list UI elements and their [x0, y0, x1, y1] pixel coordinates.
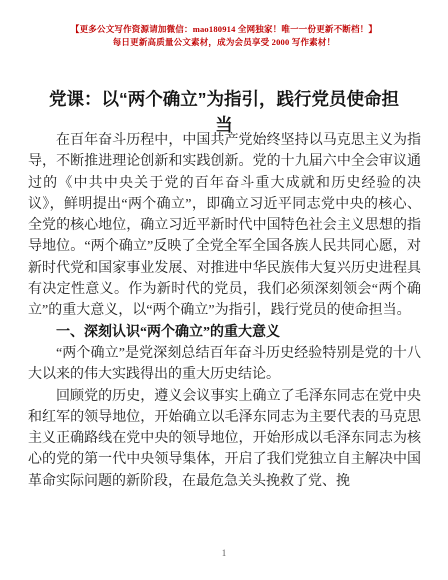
promo-banner: 【更多公文写作资源请加微信：mao180914 全网独家！唯一一份更新不断档！】…: [0, 23, 448, 48]
section-heading-1: 一、深刻认识“两个确立”的重大意义: [28, 322, 421, 343]
paragraph-conclusion-statement: “两个确立”是党深刻总结百年奋斗历史经验特别是党的十八大以来的伟大实践得出的重大…: [28, 343, 421, 386]
document-page: 【更多公文写作资源请加微信：mao180914 全网独家！唯一一份更新不断档！】…: [0, 0, 448, 580]
promo-line-2: 每日更新高质量公文素材，成为会员享受 2000 写作素材！: [0, 36, 448, 49]
paragraph-intro: 在百年奋斗历程中，中国共产党始终坚持以马克思主义为指导，不断推进理论创新和实践创…: [28, 130, 421, 322]
promo-line-1: 【更多公文写作资源请加微信：mao180914 全网独家！唯一一份更新不断档！】: [0, 23, 448, 36]
page-number: 1: [0, 548, 448, 558]
paragraph-history-review: 回顾党的历史，遵义会议事实上确立了毛泽东同志在党中央和红军的领导地位，开始确立以…: [28, 386, 421, 492]
document-body: 在百年奋斗历程中，中国共产党始终坚持以马克思主义为指导，不断推进理论创新和实践创…: [28, 130, 421, 492]
